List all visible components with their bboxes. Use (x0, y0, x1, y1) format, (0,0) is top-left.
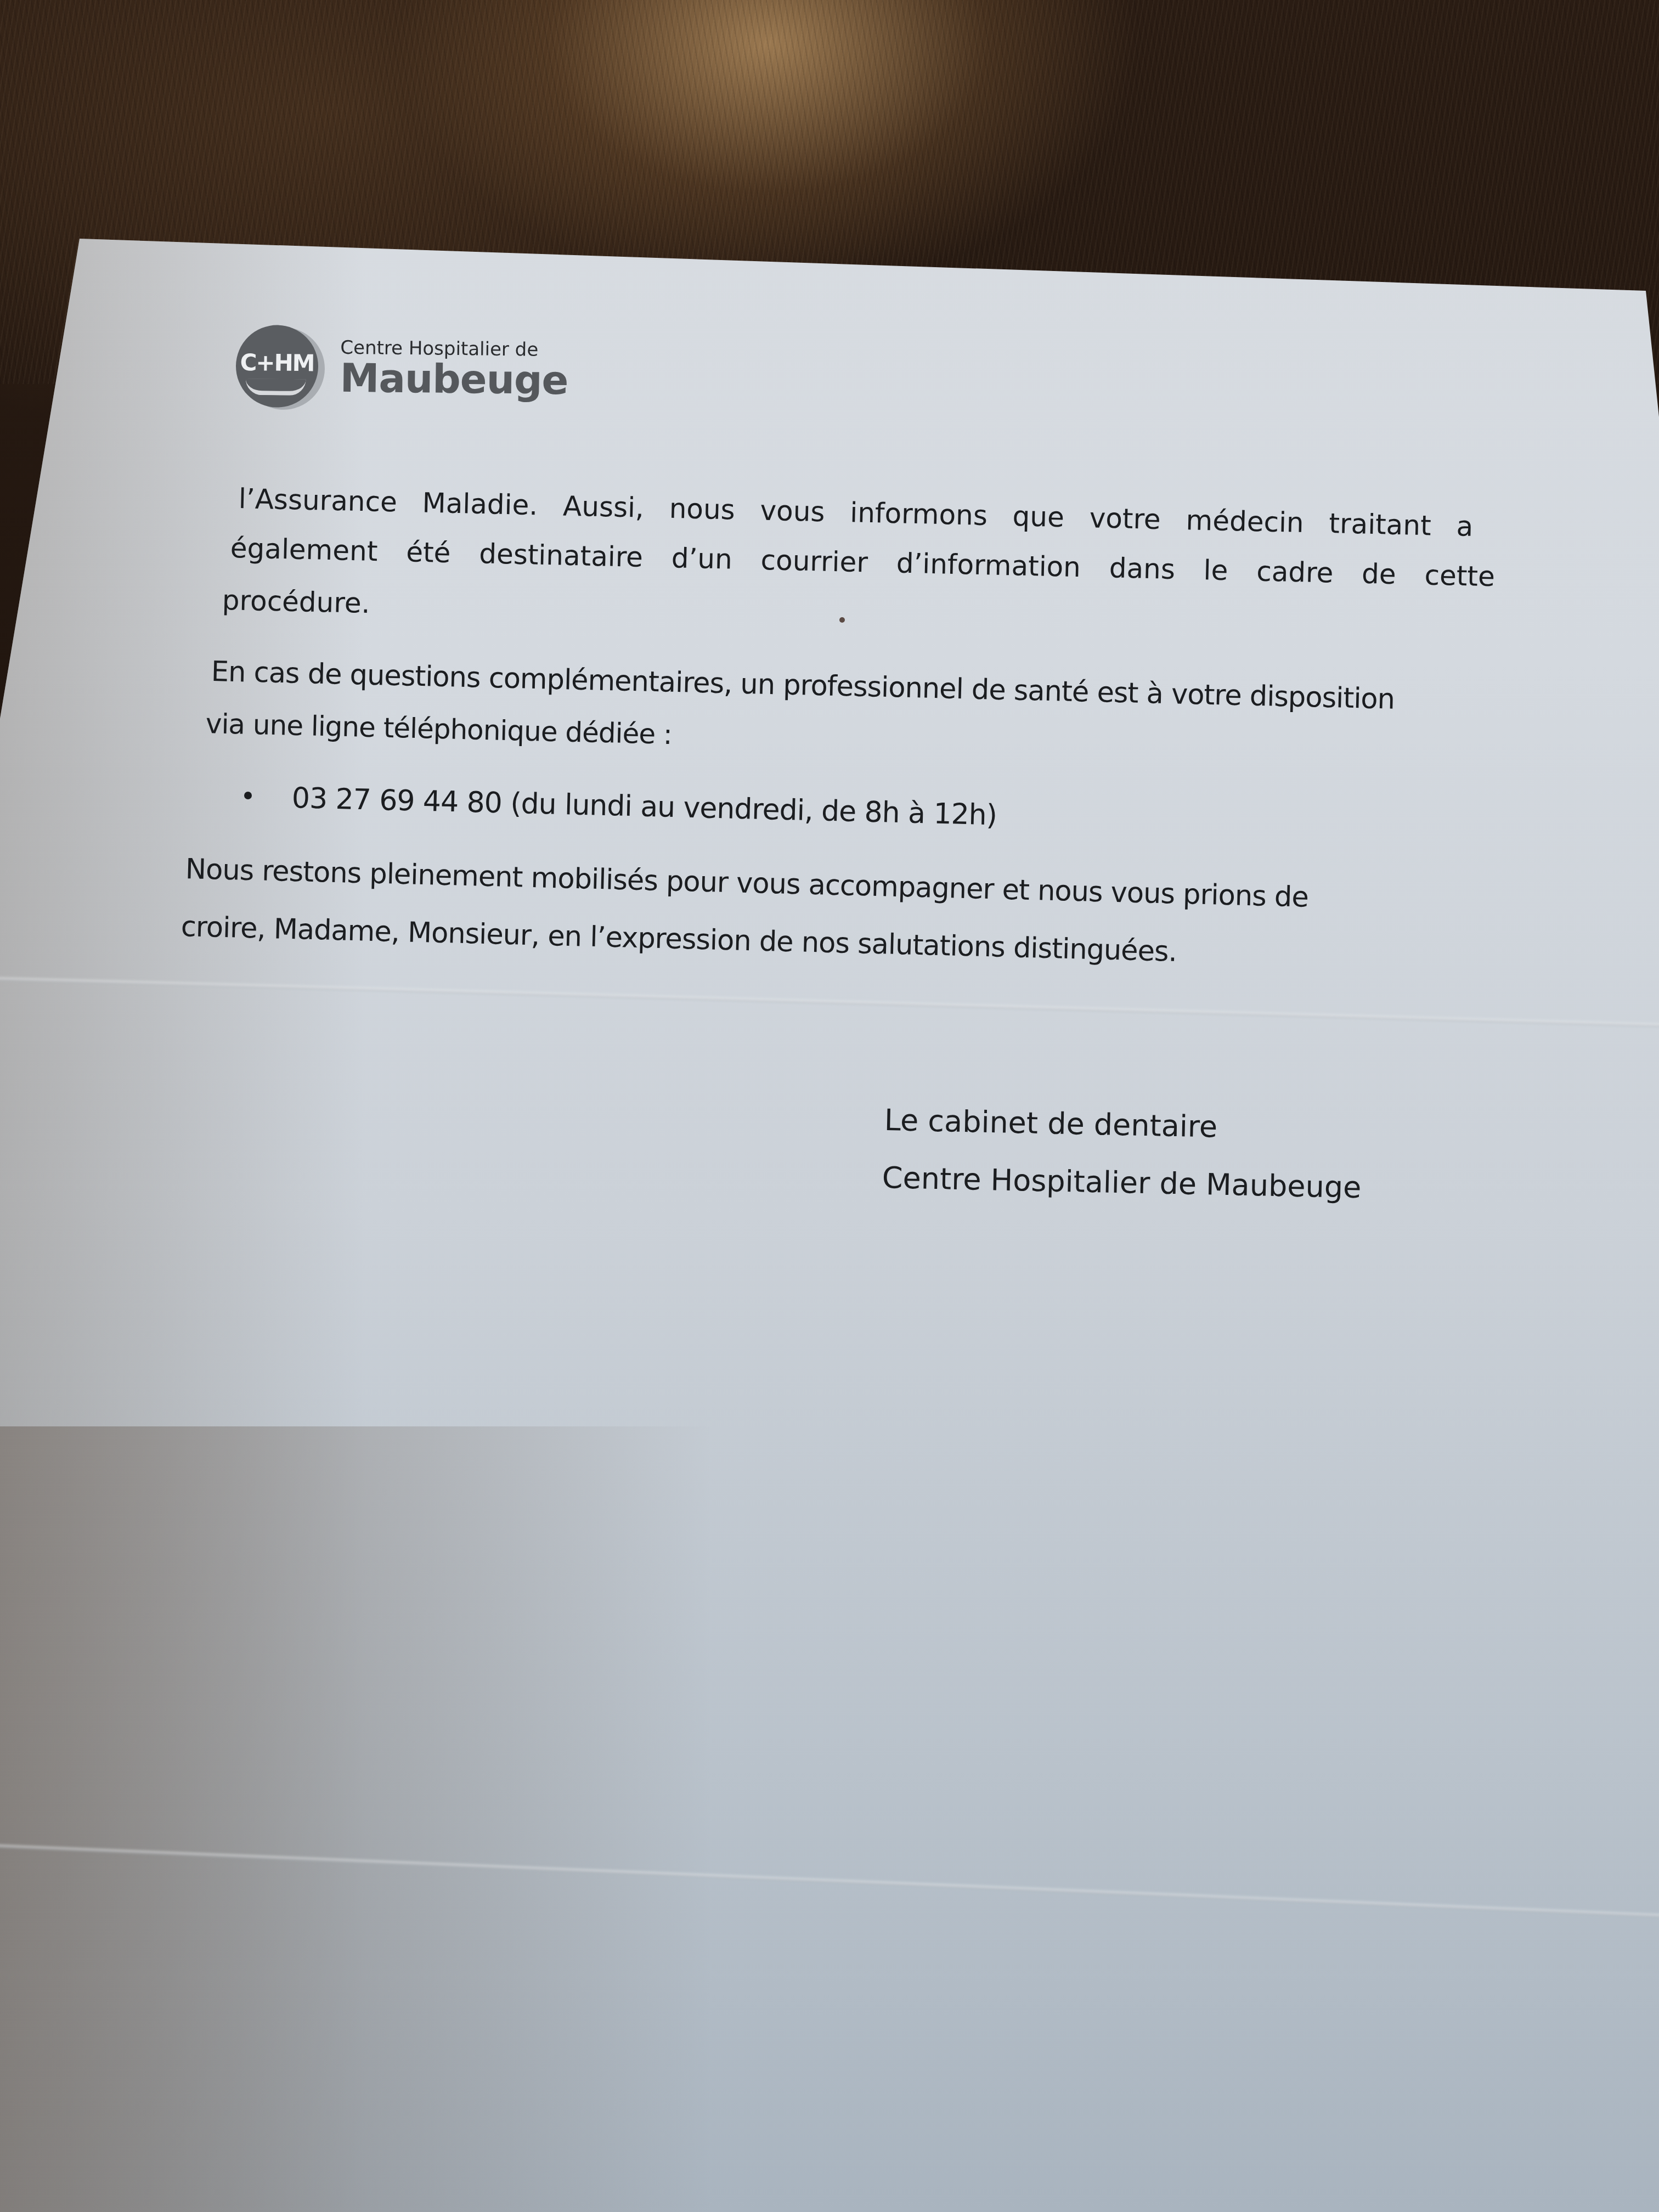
paragraph-2-line-1: En cas de questions complémentaires, un … (211, 656, 1395, 716)
chm-badge-icon: C+HM (235, 325, 319, 408)
paragraph-3-line-1: Nous restons pleinement mobilisés pour v… (185, 853, 1308, 914)
logo-wordmark: Centre Hospitalier de Maubeuge (340, 337, 568, 399)
signature-organization: Centre Hospitalier de Maubeuge (882, 1160, 1362, 1205)
paragraph-text: croire, Madame, Monsieur, en l’expressio… (180, 911, 1177, 968)
paragraph-3-line-2: croire, Madame, Monsieur, en l’expressio… (180, 911, 1177, 968)
paragraph-text: l’Assurance Maladie. Aussi, nous vous in… (238, 483, 1474, 543)
phone-hours-text: 03 27 69 44 80 (du lundi au vendredi, de… (291, 782, 997, 832)
logo-line-2: Maubeuge (340, 359, 568, 399)
paragraph-text: procédure. (222, 584, 370, 619)
contact-phone-line: 03 27 69 44 80 (du lundi au vendredi, de… (291, 782, 997, 832)
bullet-icon (244, 792, 252, 799)
paragraph-1-line-2: également été destinataire d’un courrier… (230, 532, 1495, 592)
paragraph-2-line-2: via une ligne téléphonique dédiée : (205, 708, 672, 751)
signature-line-1: Le cabinet de dentaire (884, 1103, 1217, 1144)
paragraph-text: En cas de questions complémentaires, un … (211, 656, 1395, 716)
signature-line-2: Centre Hospitalier de Maubeuge (882, 1160, 1362, 1205)
letter-content: C+HM Centre Hospitalier de Maubeuge l’As… (0, 0, 1659, 2212)
logo-smile-icon (245, 379, 306, 396)
signature-department: Le cabinet de dentaire (884, 1103, 1217, 1144)
hospital-logo: C+HM Centre Hospitalier de Maubeuge (235, 325, 568, 410)
logo-badge-text: C+HM (240, 348, 314, 376)
paragraph-text: également été destinataire d’un courrier… (230, 532, 1495, 592)
paragraph-text: via une ligne téléphonique dédiée : (205, 708, 672, 751)
paper-speck (839, 617, 845, 623)
paragraph-text: Nous restons pleinement mobilisés pour v… (185, 853, 1308, 914)
paragraph-1-line-3: procédure. (222, 584, 370, 619)
paragraph-1-line-1: l’Assurance Maladie. Aussi, nous vous in… (238, 483, 1451, 542)
